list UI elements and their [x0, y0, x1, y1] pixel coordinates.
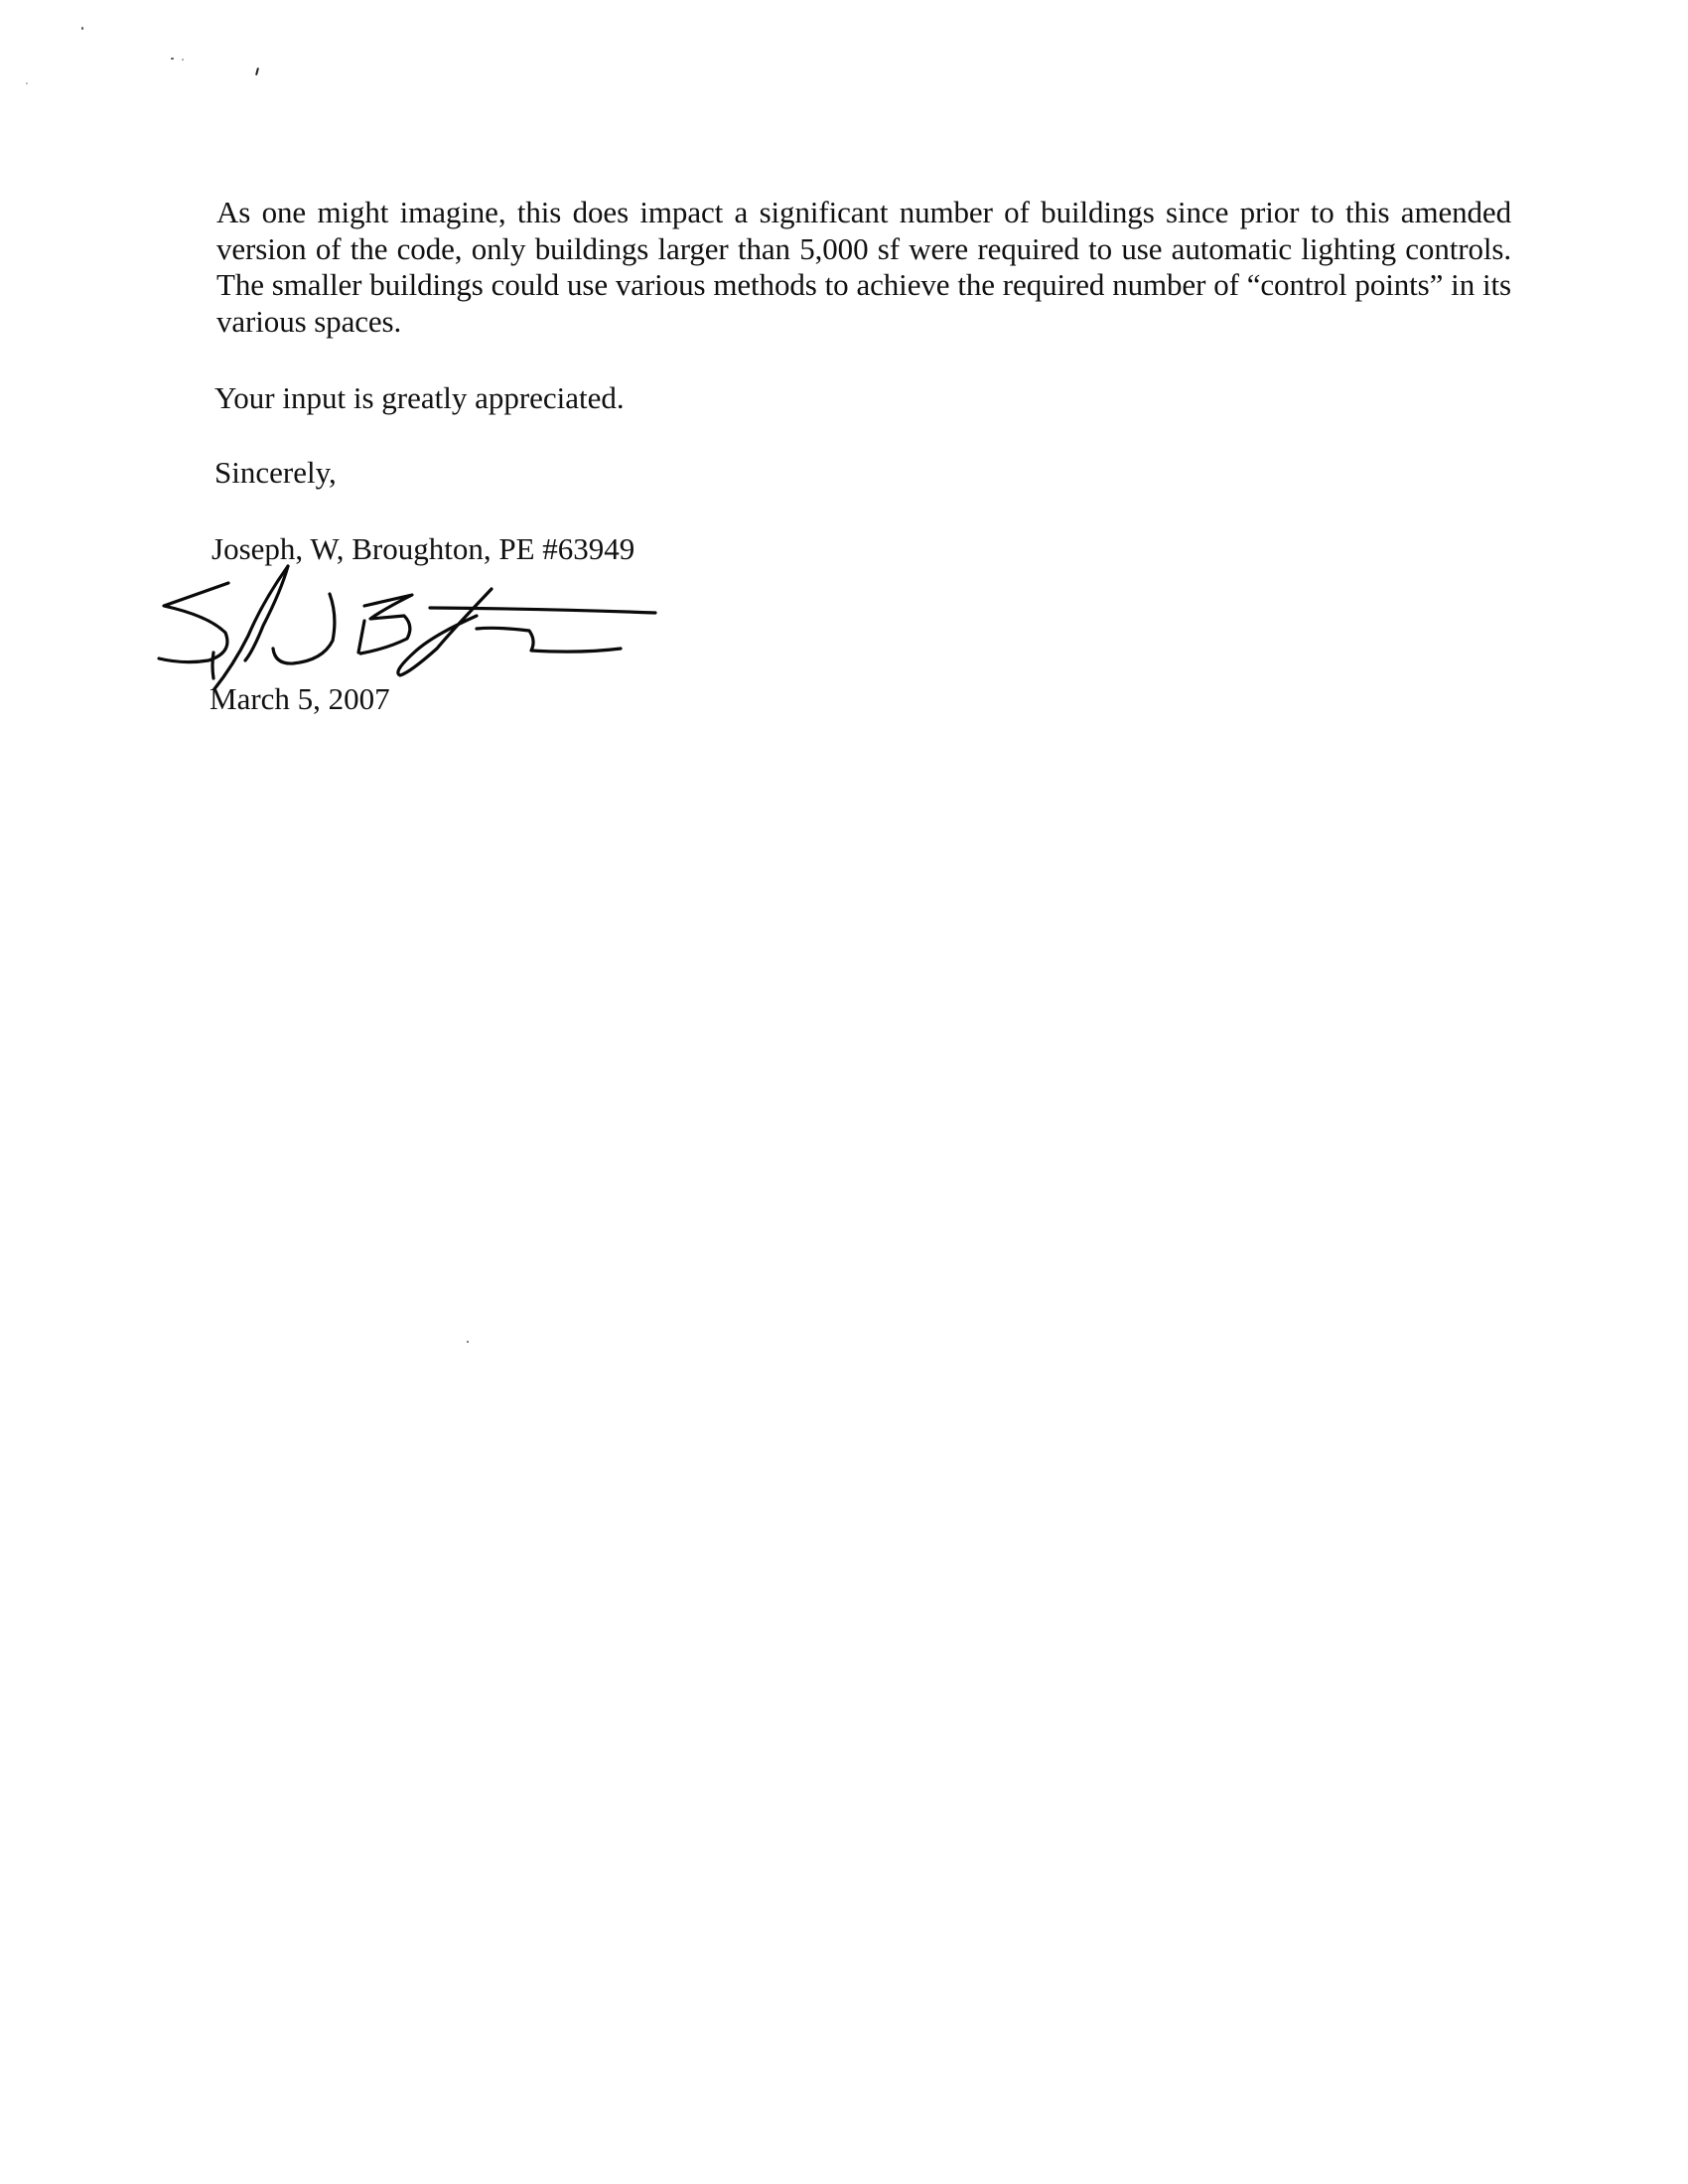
- signature-icon: [154, 561, 809, 690]
- document-page: As one might imagine, this does impact a…: [0, 0, 1688, 2184]
- scan-speck: [467, 1341, 469, 1343]
- scan-speck: [26, 82, 28, 84]
- scan-speck: [171, 58, 174, 60]
- scan-speck: [81, 27, 83, 30]
- closing-salutation: Sincerely,: [214, 455, 337, 491]
- letter-date: March 5, 2007: [210, 681, 390, 717]
- scan-speck: [182, 59, 184, 61]
- scan-speck: [255, 68, 259, 75]
- body-paragraph: As one might imagine, this does impact a…: [216, 195, 1511, 340]
- appreciation-line: Your input is greatly appreciated.: [214, 380, 625, 416]
